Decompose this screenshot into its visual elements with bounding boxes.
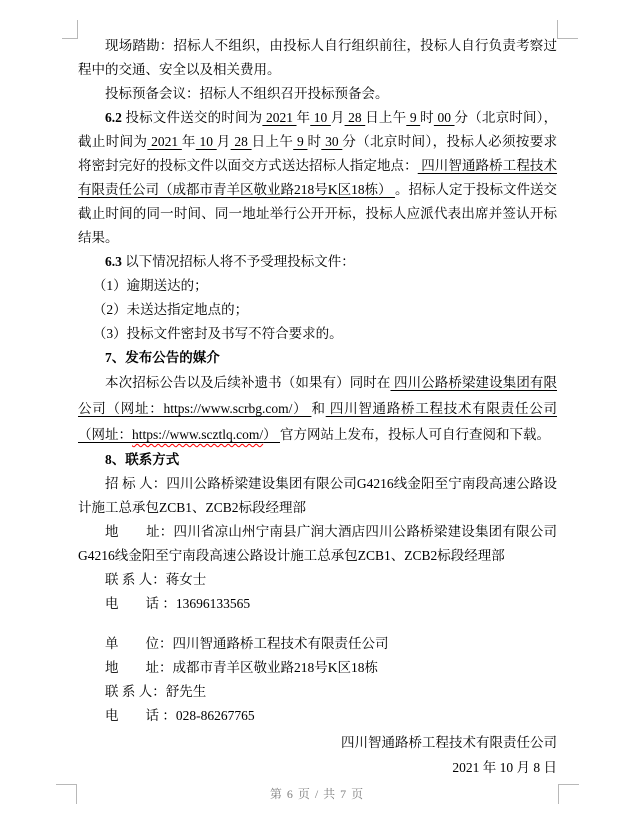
contact-label: 地 址： [105,660,173,675]
margin-crop-mark-top-left [62,20,78,39]
page-number-indicator: 第 6 页 / 共 7 页 [270,787,364,801]
contact-row-tenderer-name: 招 标 人：四川公路桥梁建设集团有限公司G4216线金阳至宁南段高速公路设计施工… [78,472,557,520]
contact-value: 成都市青羊区敬业路218号K区18栋 [173,660,379,675]
blank-day-start: 28 [345,110,366,125]
contact-value: 028-86267765 [176,708,255,723]
contact-row-tenderer-phone: 电 话 ：13696133565 [78,592,557,616]
contact-label: 单 位： [105,636,173,651]
signature-date: 2021 年 10 月 8 日 [78,755,557,780]
blank-year-start: 2021 [262,110,296,125]
contact-label: 电 话 ： [105,596,176,611]
section-heading-8: 8、联系方式 [78,448,557,472]
contact-row-agency-address: 地 址：成都市青羊区敬业路218号K区18栋 [78,656,557,680]
contact-block-agency: 单 位：四川智通路桥工程技术有限责任公司 地 址：成都市青羊区敬业路218号K区… [78,632,557,728]
clause-number-6-3: 6.3 [105,254,125,269]
reject-item-3: （3）投标文件密封及书写不符合要求的。 [78,322,557,346]
para-site-visit: 现场踏勘：招标人不组织，由投标人自行组织前往，投标人自行负责考察过程中的交通、安… [78,34,557,82]
para-6-3-rejection: 6.3 以下情况招标人将不予受理投标文件： [78,250,557,274]
blank-month-end: 10 [196,134,217,149]
para-6-2-submission: 6.2 投标文件送交的时间为 2021 年 10 月 28 日上午 9 时 00… [78,106,557,250]
document-page: 现场踏勘：招标人不组织，由投标人自行组织前往，投标人自行负责考察过程中的交通、安… [0,0,634,836]
contact-row-agency-name: 单 位：四川智通路桥工程技术有限责任公司 [78,632,557,656]
contact-label: 电 话 ： [105,708,176,723]
contact-value: 蒋女士 [166,572,207,587]
contact-label: 招 标 人： [105,476,166,491]
section-heading-7: 7、发布公告的媒介 [78,346,557,370]
contact-value: 舒先生 [166,684,207,699]
signature-company: 四川智通路桥工程技术有限责任公司 [78,730,557,755]
contact-row-agency-phone: 电 话 ：028-86267765 [78,704,557,728]
reject-item-1: （1）逾期送达的； [78,274,557,298]
contact-label: 地 址： [105,524,174,539]
contact-label: 联 系 人： [105,684,166,699]
reject-item-2: （2）未送达指定地点的； [78,298,557,322]
blank-minute-end: 30 [321,134,342,149]
contact-row-tenderer-person: 联 系 人：蒋女士 [78,568,557,592]
contact-label: 联 系 人： [105,572,166,587]
contact-value: 四川智通路桥工程技术有限责任公司 [173,636,389,651]
document-body: 现场踏勘：招标人不组织，由投标人自行组织前往，投标人自行负责考察过程中的交通、安… [78,34,557,780]
page-footer: 第 6 页 / 共 7 页 [0,785,634,802]
blank-day-end: 28 [231,134,252,149]
clause-number-6-2: 6.2 [105,110,125,125]
blank-month-start: 10 [310,110,331,125]
blank-hour-end: 9 [293,134,307,149]
blank-minute-start: 00 [434,110,455,125]
blank-hour-start: 9 [406,110,420,125]
url-scztlq-spellcheck: https://www.scztlq.com/ [132,427,263,442]
para-pre-bid-meeting: 投标预备会议：招标人不组织召开投标预备会。 [78,82,557,106]
contact-row-tenderer-address: 地 址：四川省凉山州宁南县广润大酒店四川公路桥梁建设集团有限公司G4216线金阳… [78,520,557,568]
margin-crop-mark-top-right [557,20,578,39]
contact-row-agency-person: 联 系 人：舒先生 [78,680,557,704]
signature-block: 四川智通路桥工程技术有限责任公司 2021 年 10 月 8 日 [78,730,557,780]
blank-year-end: 2021 [147,134,182,149]
contact-value: 13696133565 [176,596,250,611]
para-announcement-media: 本次招标公告以及后续补遗书（如果有）同时在 四川公路桥梁建设集团有限公司（网址：… [78,370,557,448]
contact-block-tenderer: 招 标 人：四川公路桥梁建设集团有限公司G4216线金阳至宁南段高速公路设计施工… [78,472,557,616]
